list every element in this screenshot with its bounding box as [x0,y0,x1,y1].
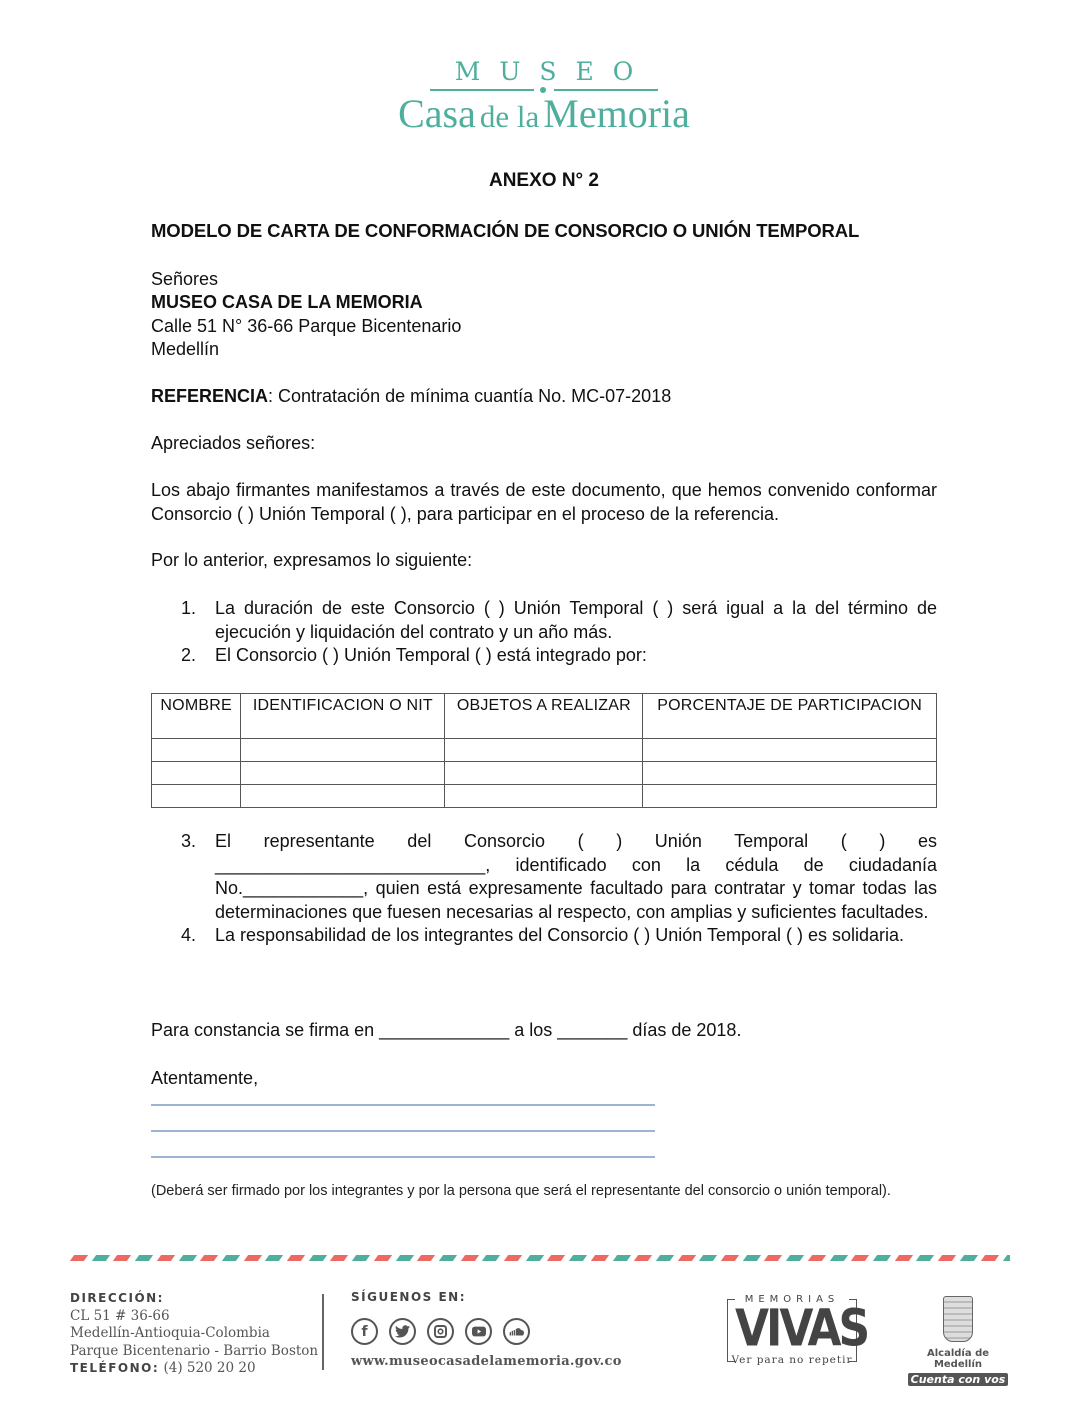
signature-note: (Deberá ser firmado por los integrantes … [151,1182,937,1201]
signing-line: Para constancia se firma en ____________… [151,1019,741,1043]
table-cell[interactable] [445,785,643,808]
address-line: Medellín-Antioquia-Colombia [70,1325,318,1343]
recipient-address: Calle 51 N° 36-66 Parque Bicentenario [151,315,461,339]
coat-of-arms-icon [943,1296,973,1342]
document-title: MODELO DE CARTA DE CONFORMACIÓN DE CONSO… [151,220,859,242]
instagram-icon[interactable] [427,1318,454,1345]
table-row [152,785,937,808]
airmail-border [70,1255,1010,1263]
lead-in: Por lo anterior, expresamos lo siguiente… [151,549,472,573]
recipient-city: Medellín [151,338,219,362]
column-header-objects: OBJETOS A REALIZAR [445,694,643,739]
list-item: 3. El representante del Consorcio ( ) Un… [151,830,937,924]
website-link[interactable]: www.museocasadelamemoria.gov.co [351,1354,622,1369]
column-header-percentage: PORCENTAJE DE PARTICIPACION [643,694,937,739]
column-header-name: NOMBRE [152,694,241,739]
logo-museo-word: MUSEO [19,58,1088,86]
footer-address: DIRECCIÓN: CL 51 # 36-66 Medellín-Antioq… [70,1290,318,1378]
museum-logo: MUSEO Casa de la Memoria [0,58,1088,143]
intro-paragraph: Los abajo firmantes manifestamos a travé… [151,479,937,526]
recipient-salutation: Señores [151,268,218,292]
table-cell[interactable] [643,739,937,762]
table-cell[interactable] [643,762,937,785]
greeting: Apreciados señores: [151,432,315,456]
annex-heading: ANEXO N° 2 [0,170,1088,192]
column-header-id: IDENTIFICACION O NIT [241,694,445,739]
items-list-b: 3. El representante del Consorcio ( ) Un… [151,830,937,948]
table-cell[interactable] [152,762,241,785]
logo-rule [430,86,658,94]
social-label: SÍGUENOS EN: [351,1290,622,1304]
list-item: 4. La responsabilidad de los integrantes… [151,924,937,948]
table-header-row: NOMBRE IDENTIFICACION O NIT OBJETOS A RE… [152,694,937,739]
table-cell[interactable] [643,785,937,808]
list-item: 1. La duración de este Consorcio ( ) Uni… [151,597,937,644]
table-row [152,762,937,785]
alcaldia-logo: Alcaldía de Medellín Cuenta con vos [905,1296,1011,1388]
memorias-vivas-logo: MEMORIAS VIVAS Ver para no repetir [727,1294,857,1368]
table-cell[interactable] [152,785,241,808]
table-cell[interactable] [241,762,445,785]
address-line: CL 51 # 36-66 [70,1308,318,1326]
reference-text: : Contratación de mínima cuantía No. MC-… [268,386,671,406]
signature-line[interactable] [151,1130,655,1132]
table-cell[interactable] [241,785,445,808]
items-list-a: 1. La duración de este Consorcio ( ) Uni… [151,597,937,668]
footer-divider [322,1294,324,1370]
facebook-icon[interactable]: f [351,1318,378,1345]
soundcloud-icon[interactable] [503,1318,530,1345]
youtube-icon[interactable] [465,1318,492,1345]
reference-label: REFERENCIA [151,386,268,406]
recipient-organization: MUSEO CASA DE LA MEMORIA [151,291,423,315]
table-row [152,739,937,762]
logo-name: Casa de la Memoria [0,94,1088,143]
reference-line: REFERENCIA: Contratación de mínima cuant… [151,385,671,409]
list-item: 2. El Consorcio ( ) Unión Temporal ( ) e… [151,644,937,668]
twitter-icon[interactable] [389,1318,416,1345]
phone-line: TELÉFONO: (4) 520 20 20 [70,1360,318,1378]
social-section: SÍGUENOS EN: f www.museocasadelamemoria.… [351,1290,622,1369]
signature-line[interactable] [151,1156,655,1158]
address-label: DIRECCIÓN: [70,1290,318,1308]
table-cell[interactable] [241,739,445,762]
members-table: NOMBRE IDENTIFICACION O NIT OBJETOS A RE… [151,693,937,808]
table-cell[interactable] [445,762,643,785]
signature-line[interactable] [151,1104,655,1106]
address-line: Parque Bicentenario - Barrio Boston [70,1343,318,1361]
table-cell[interactable] [445,739,643,762]
table-cell[interactable] [152,739,241,762]
closing: Atentamente, [151,1067,258,1091]
